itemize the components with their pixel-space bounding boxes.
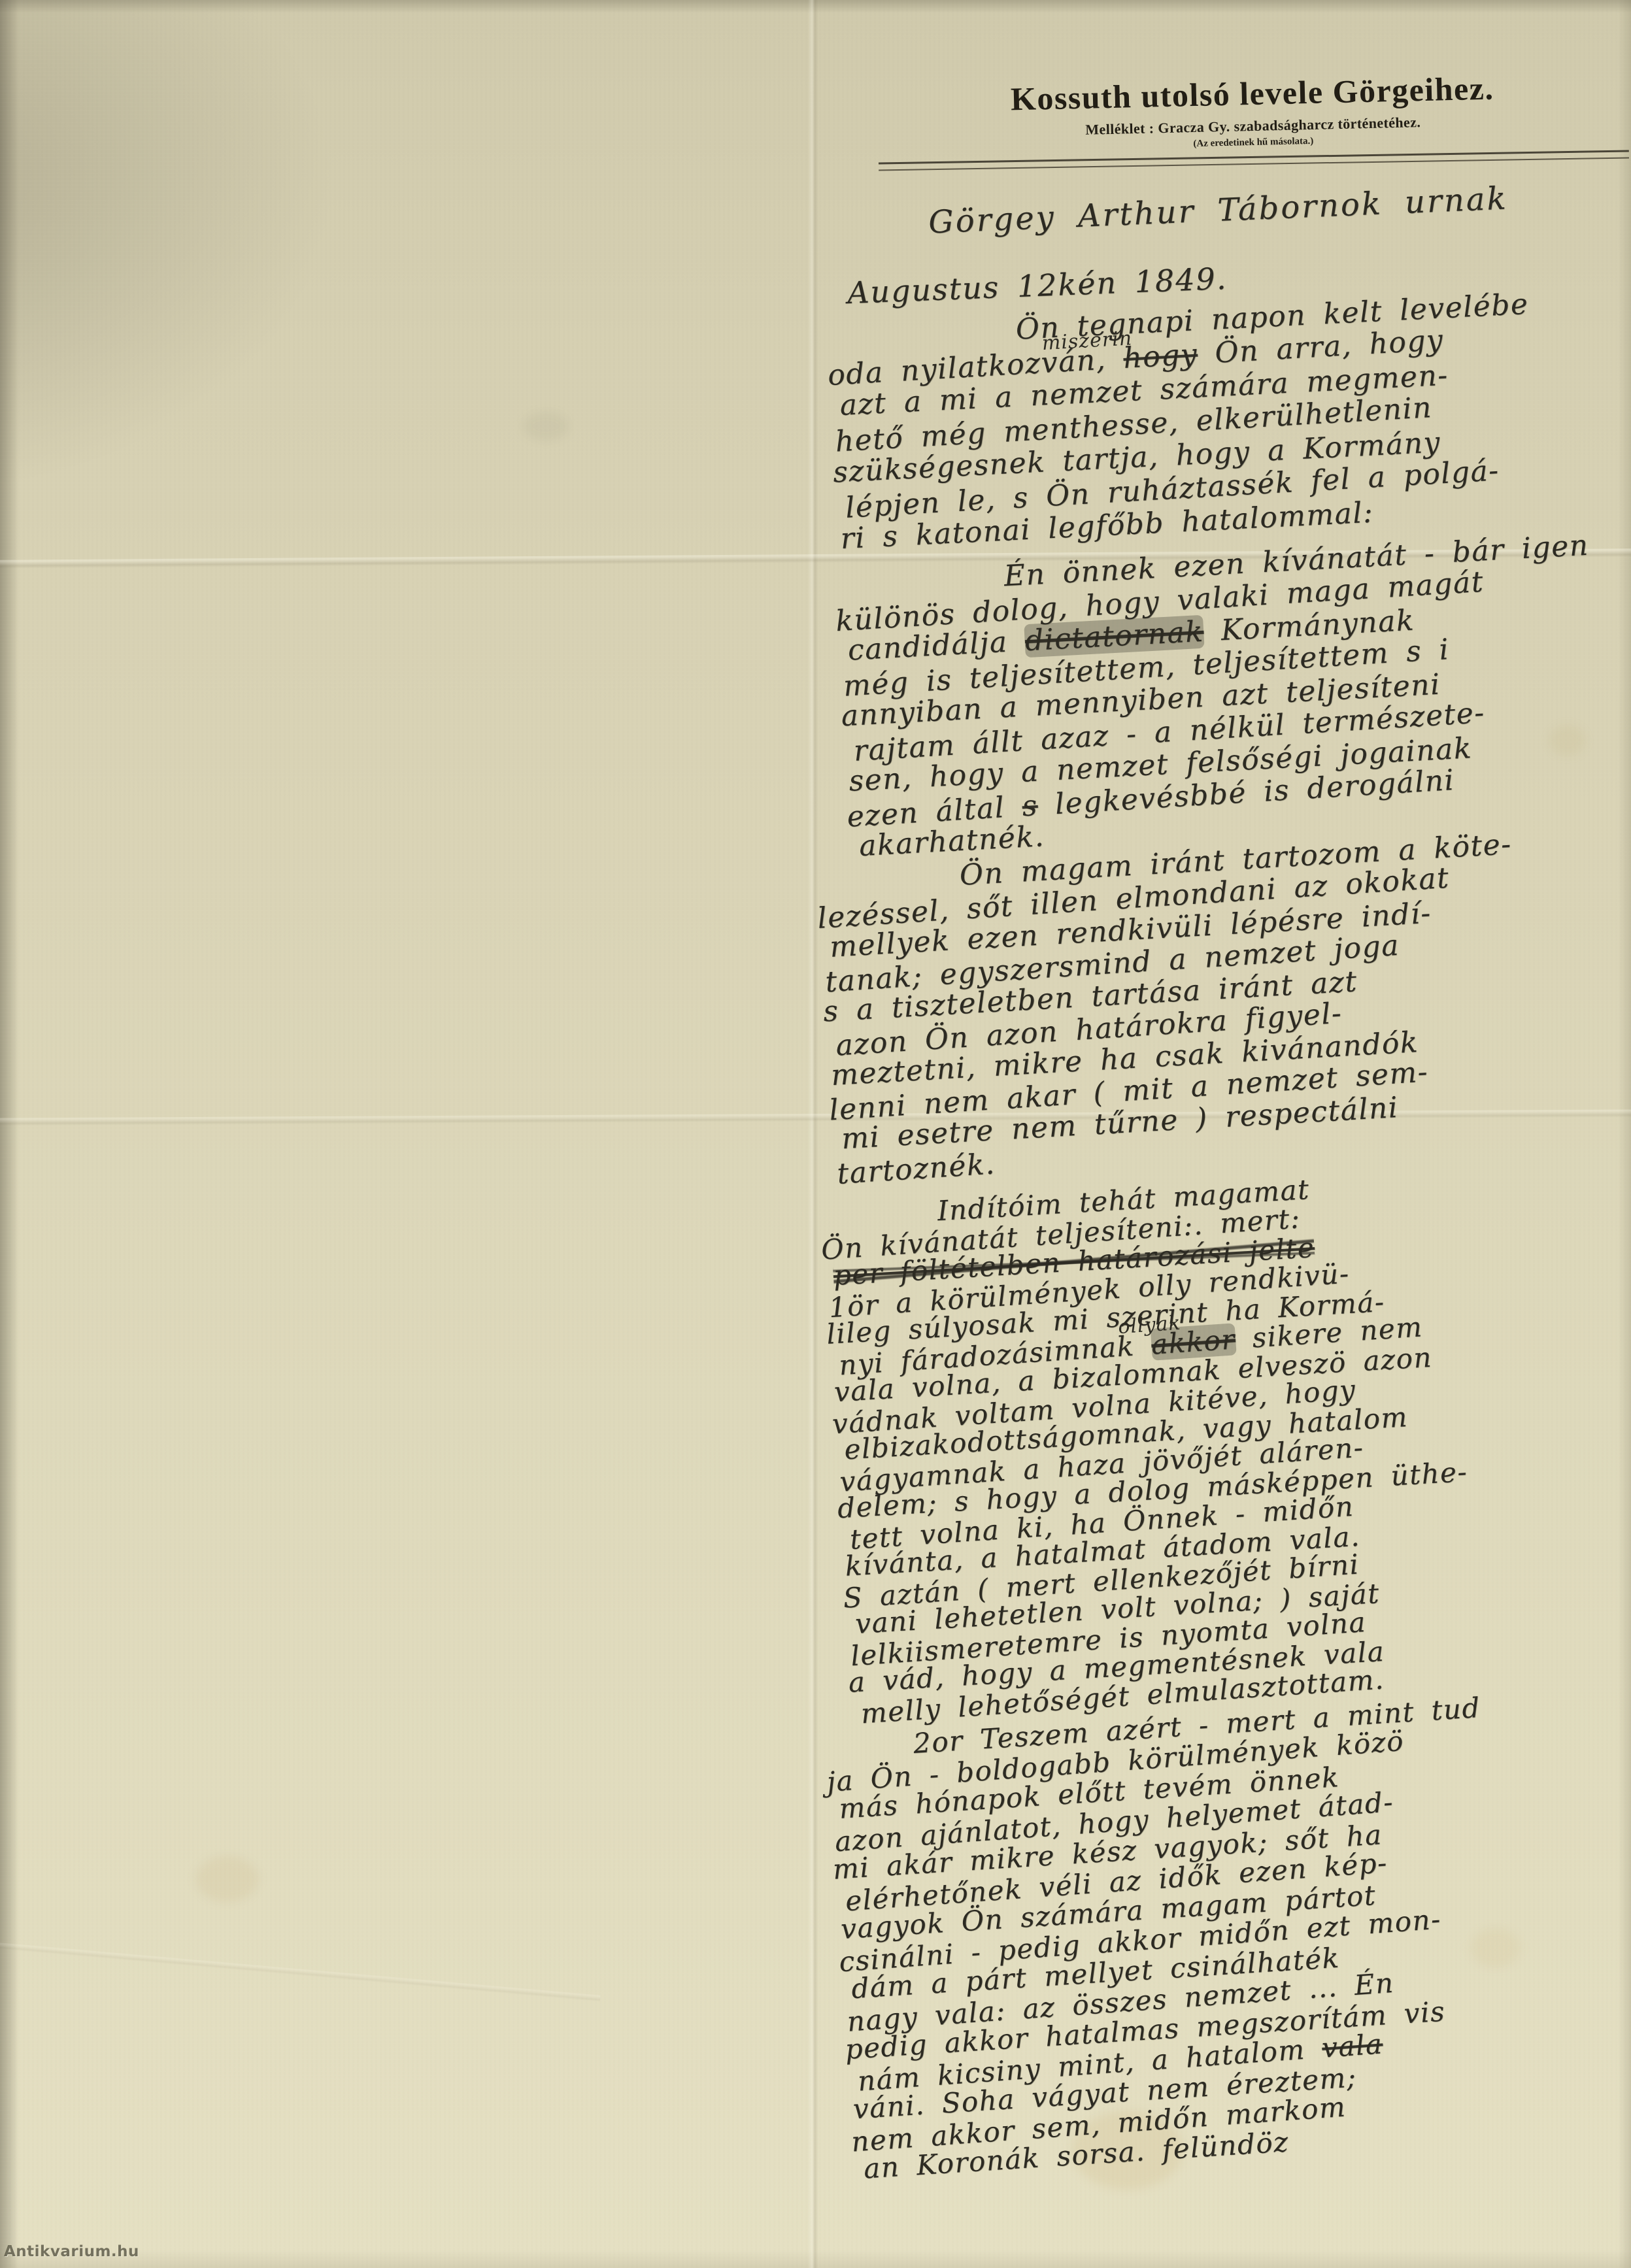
letter-salutation: Görgey Arthur Tábornok urnak xyxy=(928,180,1508,241)
paper-edge-left xyxy=(0,0,22,2268)
letter-date: Augustus 12kén 1849. xyxy=(847,261,1228,310)
foxing-stain xyxy=(523,412,569,441)
letter-paragraph-2: Én önnek ezen kívánatát - bár igen külön… xyxy=(837,528,1605,865)
letter-paragraph-5: 2or Teszem azért - mert a mint tud ja Ön… xyxy=(828,1692,1510,2186)
foxing-stain xyxy=(196,1856,258,1902)
struck-word: vala xyxy=(1320,2027,1384,2064)
letter-paragraph-1: Ön tegnapi napon kelt levelébe oda nyila… xyxy=(829,286,1540,557)
vertical-fold-crease xyxy=(808,0,818,2268)
diagonal-fold-crease xyxy=(0,1939,601,2001)
antikvarium-watermark: Antikvarium.hu xyxy=(4,2243,139,2260)
inserted-word-above: ollyak xyxy=(1117,1309,1182,1342)
letter-paragraph-3: Ön magam iránt tartozom a köte- lezéssel… xyxy=(818,827,1530,1189)
document-scan: Kossuth utolsó levele Görgeihez. Mellékl… xyxy=(0,0,1631,2268)
inserted-word-above: miszerin xyxy=(1041,322,1134,360)
letter-paragraph-4: Indítóim tehát magamat Ön kívánatát telj… xyxy=(822,1166,1481,1728)
struck-word: hogy xyxy=(1122,338,1199,375)
printed-header: Kossuth utolsó levele Görgeihez. Mellékl… xyxy=(869,66,1631,174)
paper-edge-right xyxy=(1618,0,1631,2268)
paper-edge-top xyxy=(0,0,1631,13)
paper-edge-bottom xyxy=(0,2250,1631,2268)
